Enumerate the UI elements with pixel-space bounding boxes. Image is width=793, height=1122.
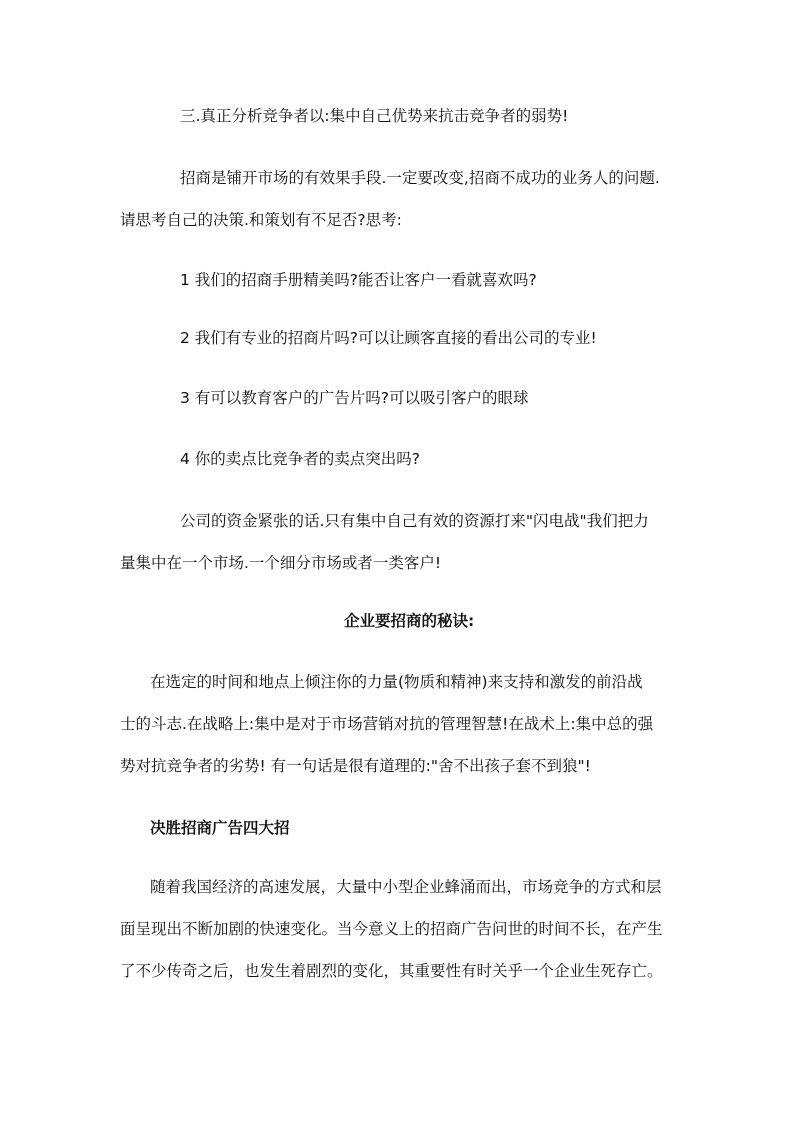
paragraph-line: 士的斗志.在战略上:集中是对于市场营销对抗的管理智慧!在战术上:集中总的强 (120, 714, 653, 734)
question-item: 3 有可以教育客户的广告片吗?可以吸引客户的眼球 (180, 388, 529, 408)
paragraph-line: 面呈现出不断加剧的快速变化。当今意义上的招商广告问世的时间不长，在产生 (120, 919, 663, 939)
paragraph-line: 随着我国经济的高速发展，大量中小型企业蜂涌而出，市场竞争的方式和层 (150, 877, 662, 897)
paragraph-line: 势对抗竞争者的劣势! 有一句话是很有道理的:"舍不出孩子套不到狼"! (120, 756, 591, 776)
paragraph-line: 招商是铺开市场的有效果手段.一定要改变,招商不成功的业务人的问题. (180, 168, 660, 188)
question-item: 2 我们有专业的招商片吗?可以让顾客直接的看出公司的专业! (180, 328, 597, 348)
paragraph-line: 了不少传奇之后，也发生着剧烈的变化，其重要性有时关乎一个企业生死存亡。 (120, 961, 663, 981)
question-item: 4 你的卖点比竞争者的卖点突出吗? (180, 449, 420, 469)
paragraph-line: 请思考自己的决策.和策划有不足否?思考: (120, 210, 402, 230)
secret-heading: 企业要招商的秘诀: (344, 611, 474, 631)
paragraph-line: 公司的资金紧张的话.只有集中自己有效的资源打来"闪电战"我们把力 (180, 511, 649, 531)
section-heading: 三.真正分析竞争者以:集中自己优势来抗击竞争者的弱势! (180, 106, 568, 126)
ad-heading: 决胜招商广告四大招 (150, 818, 290, 838)
question-item: 1 我们的招商手册精美吗?能否让客户一看就喜欢吗? (180, 270, 537, 290)
paragraph-line: 量集中在一个市场.一个细分市场或者一类客户! (120, 553, 441, 573)
paragraph-line: 在选定的时间和地点上倾注你的力量(物质和精神)来支持和激发的前沿战 (150, 672, 643, 692)
